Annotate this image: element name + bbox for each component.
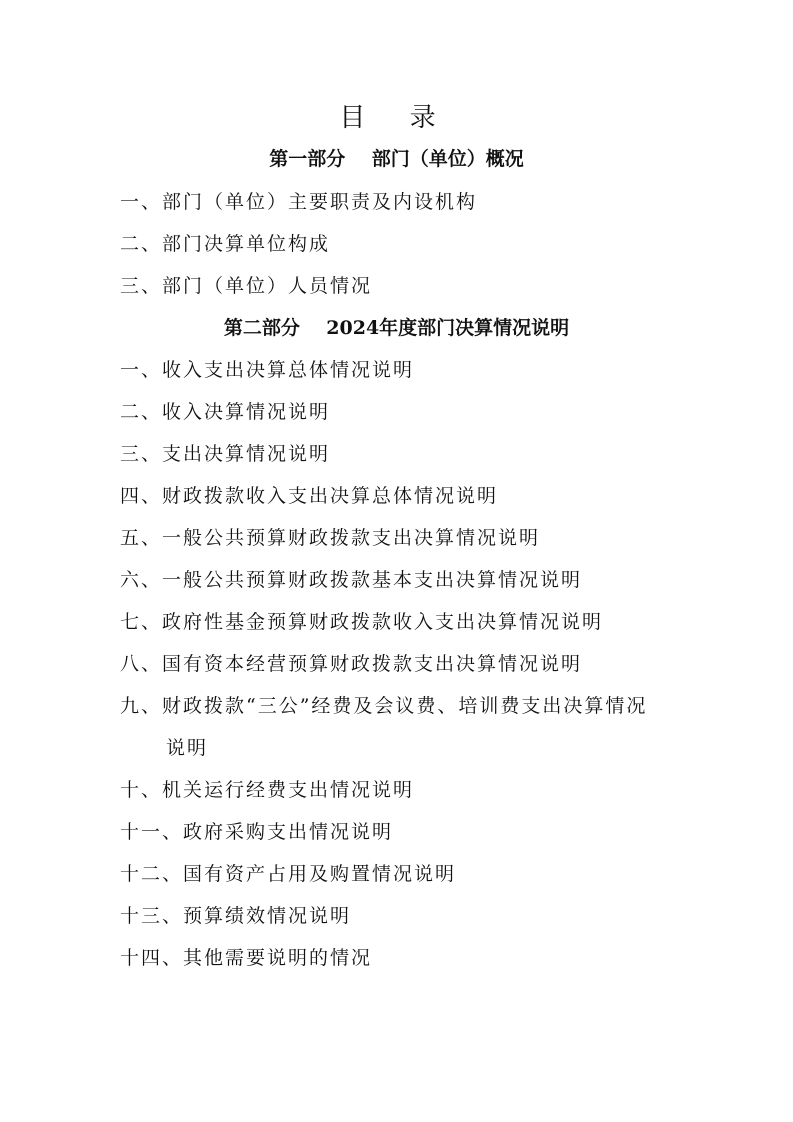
toc-item: 三、部门（单位）人员情况	[120, 272, 372, 300]
document-page: 目 录 第一部分 部门（单位）概况 一、部门（单位）主要职责及内设机构 二、部门…	[0, 0, 793, 1122]
toc-item: 八、国有资本经营预算财政拨款支出决算情况说明	[120, 650, 582, 678]
toc-item: 十一、政府采购支出情况说明	[120, 818, 393, 846]
part1-heading: 第一部分 部门（单位）概况	[0, 145, 793, 173]
toc-item: 二、收入决算情况说明	[120, 398, 330, 426]
toc-item: 十三、预算绩效情况说明	[120, 902, 351, 930]
toc-item: 九、财政拨款“三公”经费及会议费、培训费支出决算情况	[120, 692, 647, 720]
toc-item: 二、部门决算单位构成	[120, 230, 330, 258]
toc-item: 三、支出决算情况说明	[120, 440, 330, 468]
toc-item: 一、收入支出决算总体情况说明	[120, 356, 414, 384]
part2-heading: 第二部分 2024年度部门决算情况说明	[0, 314, 793, 342]
toc-title: 目 录	[0, 100, 793, 136]
toc-item: 十二、国有资产占用及购置情况说明	[120, 860, 456, 888]
toc-item: 四、财政拨款收入支出决算总体情况说明	[120, 482, 498, 510]
toc-item-continuation: 说明	[166, 734, 208, 762]
toc-item: 十四、其他需要说明的情况	[120, 944, 372, 972]
toc-item: 六、一般公共预算财政拨款基本支出决算情况说明	[120, 566, 582, 594]
toc-item: 十、机关运行经费支出情况说明	[120, 776, 414, 804]
toc-item: 一、部门（单位）主要职责及内设机构	[120, 188, 477, 216]
toc-item: 七、政府性基金预算财政拨款收入支出决算情况说明	[120, 608, 603, 636]
toc-item: 五、一般公共预算财政拨款支出决算情况说明	[120, 524, 540, 552]
